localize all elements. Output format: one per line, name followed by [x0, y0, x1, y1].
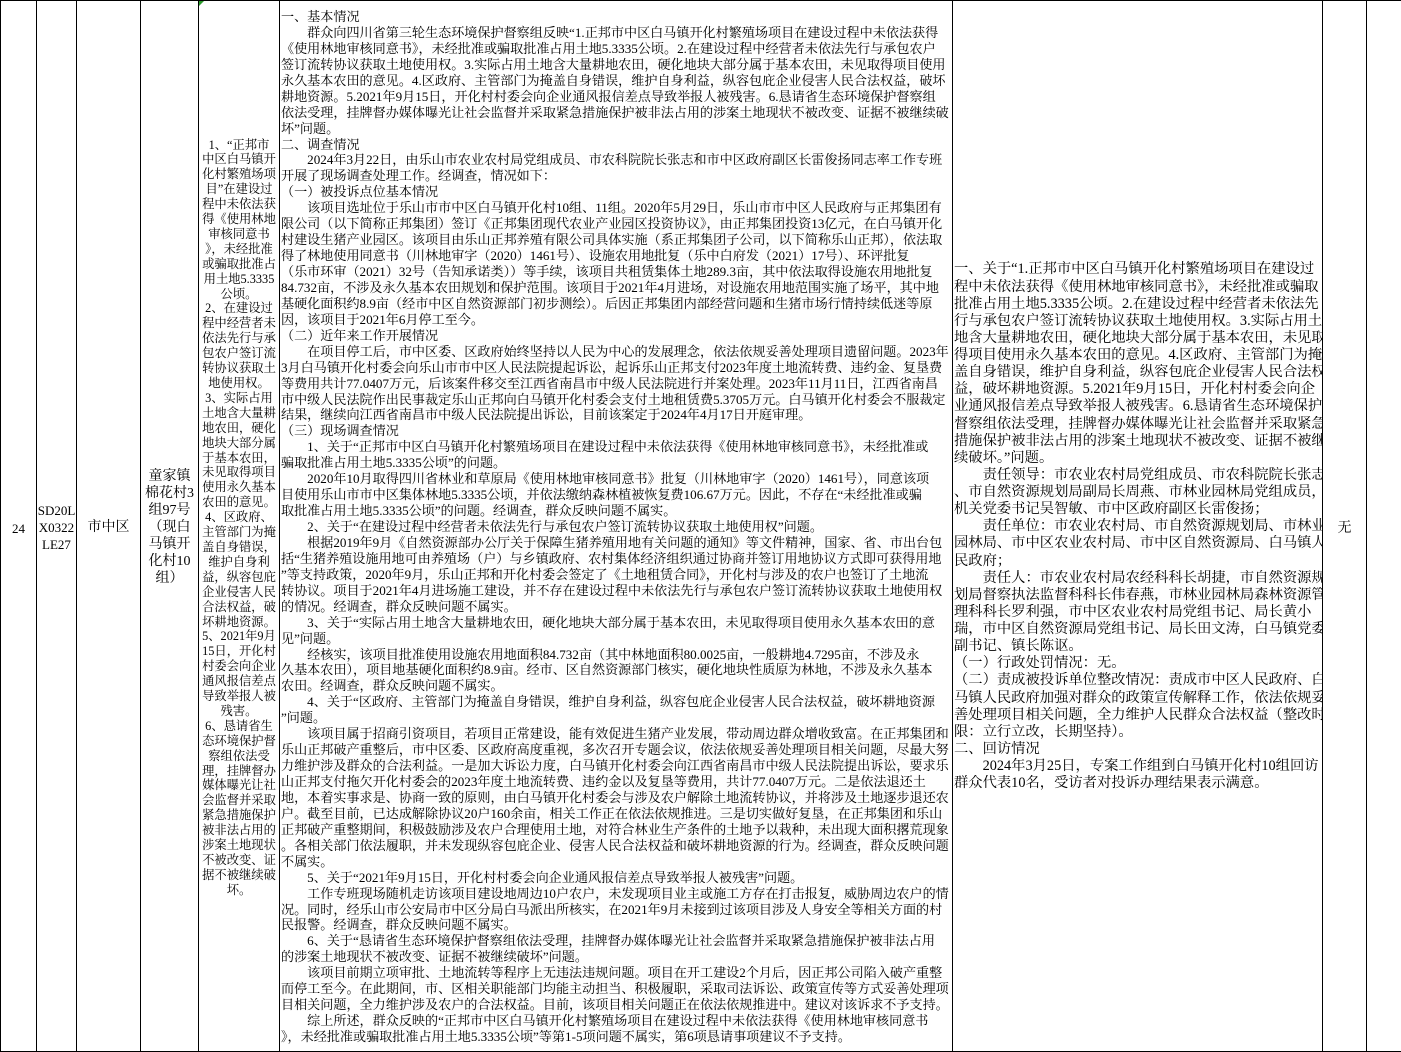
investigation-line: 乐山正邦破产重整后，市中区委、区政府高度重视，多次召开专题会议，依法依规妥善处理…	[281, 742, 952, 758]
complaint-line: 得《使用林地	[199, 212, 279, 227]
complaint-line: 据不被继续破	[199, 868, 279, 883]
investigation-line: （三）现场调查情况	[281, 423, 952, 439]
handling-line: 理科科长罗利强，市中区农业农村局党组书记、局长黄小	[954, 604, 1322, 621]
investigation-line: 况。同时，经乐山市公安局市中区分局白马派出所核实，在2021年9月未接到过该项目…	[281, 902, 952, 918]
investigation-line: 转协议。项目于2021年4月进场施工建设，并不存在建设过程中未依法先行与承包农户…	[281, 583, 952, 599]
complaint-line: 》，未经批准	[199, 242, 279, 257]
complaint-line: 残害。	[199, 704, 279, 719]
investigation-line: 坏”问题。	[281, 121, 952, 137]
investigation-line: 2024年3月22日，由乐山市农业农村局党组成员、市农科院院长张志和市中区政府副…	[281, 152, 952, 168]
complaint-summary: 1、“正邦市中区白马镇开化村繁殖场项目”在建设过程中未依法获得《使用林地审核同意…	[199, 138, 279, 898]
complaint-line: 紧急措施保护	[199, 808, 279, 823]
handling-text: 一、关于“1.正邦市中区白马镇开化村繁殖场项目在建设过程中未依法获得《使用林地审…	[954, 261, 1322, 792]
handling-line: 划局督察执法监督科科长伟春燕，市林业园林局森林资源管	[954, 587, 1322, 604]
complaint-line: 态环境保护督	[199, 734, 279, 749]
investigation-line: 永久基本农田的意见。4.区政府、主管部门为掩盖自身错误，维护自身利益，纵容包庇企…	[281, 73, 952, 89]
investigation-line: 工作专班现场随机走访该项目建设地周边10户农户，未发现项目业主或施工方存在打击报…	[281, 886, 952, 902]
complaint-line: 使用永久基本	[199, 480, 279, 495]
handling-line: 2024年3月25日，专案工作组到白马镇开化村10组回访	[954, 758, 1322, 775]
complaint-line: 化村繁殖场项	[199, 167, 279, 182]
handling-line: 副书记、镇长陈讴。	[954, 638, 1322, 655]
investigation-line: 一、基本情况	[281, 9, 952, 25]
complaint-line: 2、在建设过	[199, 301, 279, 316]
cell-address[interactable]: 童家镇棉花村3组97号（现白马镇开化村10组）	[141, 0, 199, 1052]
investigation-line: 因，该项目于2021年6月停工至今。	[281, 312, 952, 328]
complaint-line: 主管部门为掩	[199, 525, 279, 540]
investigation-line: 在项目停工后，市中区委、区政府始终坚持以人民为中心的发展理念，依法依规妥善处理项…	[281, 344, 952, 360]
cell-handling[interactable]: 一、关于“1.正邦市中区白马镇开化村繁殖场项目在建设过程中未依法获得《使用林地审…	[953, 0, 1323, 1052]
spreadsheet-table: 24 SD20LX0322LE27 市中区 童家镇棉花村3组97号（现白马镇开化…	[0, 0, 1401, 1052]
investigation-line: 1、关于“正邦市中区白马镇开化村繁殖场项目在建设过程中未依法获得《使用林地审核同…	[281, 439, 952, 455]
investigation-line: 括“生猪养殖设施用地可由养殖场（户）与乡镇政府、农村集体经济组织通过协商并签订用…	[281, 551, 952, 567]
investigation-line: 开展了现场调查处理工作。经调查，情况如下：	[281, 168, 952, 184]
cell-complaint-summary[interactable]: 1、“正邦市中区白马镇开化村繁殖场项目”在建设过程中未依法获得《使用林地审核同意…	[199, 0, 280, 1052]
complaint-line: 不被改变、证	[199, 853, 279, 868]
case-id: SD20LX0322LE27	[37, 503, 76, 553]
investigation-line: 地，本着实事求是、协商一致的原则，由白马镇开化村委会与涉及农户解除土地流转协议，…	[281, 790, 952, 806]
complaint-line: 盖自身错误，	[199, 540, 279, 555]
complaint-line: 通风报信差点	[199, 674, 279, 689]
cell-district[interactable]: 市中区	[77, 0, 141, 1052]
address-line: 组97号	[141, 502, 198, 519]
investigation-line: 6、关于“恳请省生态环境保护督察组依法受理，挂牌督办媒体曝光让社会监督并采取紧急…	[281, 933, 952, 949]
complaint-line: 6、恳请省生	[199, 719, 279, 734]
handling-line: 、市自然资源规划局副局长周燕、市林业园林局党组成员，	[954, 484, 1322, 501]
handling-line: 二、回访情况	[954, 741, 1322, 758]
complaint-line: 公顷。	[199, 287, 279, 302]
address-line: （现白	[141, 519, 198, 536]
complaint-line: 合法权益，破	[199, 600, 279, 615]
investigation-line: 农田。经调查，群众反映问题不属实。	[281, 678, 952, 694]
complaint-line: 理，挂牌督办	[199, 764, 279, 779]
handling-line: 瑞，市中区自然资源局党组书记、局长田文涛，白马镇党委	[954, 621, 1322, 638]
investigation-line: 依法受理，挂牌督办媒体曝光让社会监督并采取紧急措施保护被非法占用的涉案土地现状不…	[281, 105, 952, 121]
complaint-line: 会监督并采取	[199, 793, 279, 808]
case-id-line: LE27	[37, 537, 76, 554]
complaint-line: 中区白马镇开	[199, 152, 279, 167]
investigation-line: 目使用乐山市市中区集体林地5.3335公顷，并依法缴纳森林植被恢复费106.67…	[281, 487, 952, 503]
handling-line: （二）责成被投诉单位整改情况：责成市中区人民政府、白	[954, 672, 1322, 689]
investigation-line: 84.732亩，不涉及永久基本农田规划和保护范围。该项目于2021年4月进场，对…	[281, 280, 952, 296]
complaint-line: 维护自身利	[199, 555, 279, 570]
complaint-line: 目”在建设过	[199, 182, 279, 197]
handling-line: 责任人：市农业农村局农经科科长胡捷，市自然资源规	[954, 570, 1322, 587]
handling-line: 园林局、市中区农业农村局、市中区自然资源局、白马镇人	[954, 535, 1322, 552]
investigation-line: 综上所述，群众反映的“正邦市中区白马镇开化村繁殖场项目在建设过程中未依法获得《使…	[281, 1013, 952, 1029]
handling-line: 机关党委书记吴智敏、市中区政府副区长雷俊扬；	[954, 501, 1322, 518]
case-id-line: SD20L	[37, 503, 76, 520]
address: 童家镇棉花村3组97号（现白马镇开化村10组）	[141, 468, 198, 587]
investigation-line: 根据2019年9月《自然资源部办公厅关于保障生猪养殖用地有关问题的通知》等文件精…	[281, 535, 952, 551]
complaint-line: 土地含大量耕	[199, 406, 279, 421]
investigation-line: （一）被投诉点位基本情况	[281, 184, 952, 200]
complaint-line: 程中经营者未	[199, 316, 279, 331]
investigation-line: 村建设生猪产业园区。该项目由乐山正邦养殖有限公司具体实施（系正邦集团子公司，以下…	[281, 232, 952, 248]
handling-line: 业通风报信差点导致举报人被残害。6.恳请省生态环境保护	[954, 398, 1322, 415]
investigation-line: 3月白马镇开化村委会向乐山市市中区人民法院提起诉讼，起诉乐山正邦支付2023年度…	[281, 360, 952, 376]
investigation-line: 久基本农田），项目地基硬化面积约8.9亩。经市、区自然资源部门核实，硬化地块性质…	[281, 662, 952, 678]
investigation-line: 的涉案土地现状不被改变、证据不被继续破坏”问题。	[281, 949, 952, 965]
handling-line: 一、关于“1.正邦市中区白马镇开化村繁殖场项目在建设过	[954, 261, 1322, 278]
complaint-line: 用土地5.3335	[199, 272, 279, 287]
complaint-line: 被非法占用的	[199, 823, 279, 838]
handling-line: 责任单位：市农业农村局、市自然资源规划局、市林业	[954, 518, 1322, 535]
complaint-line: 5、2021年9月	[199, 629, 279, 644]
investigation-line: 2、关于“在建设过程中经营者未依法先行与承包农户签订流转协议获取土地使用权”问题…	[281, 519, 952, 535]
investigation-line: 结果，继续向江西省南昌市中级人民法院提出诉讼，目前该案定于2024年4月17日开…	[281, 407, 952, 423]
investigation-line: 经核实，该项目批准使用设施农用地面积84.732亩（其中林地面积80.0025亩…	[281, 647, 952, 663]
address-line: 组）	[141, 570, 198, 587]
handling-line: 程中未依法获得《使用林地审核同意书》，未经批准或骗取	[954, 279, 1322, 296]
investigation-line: 该项目属于招商引资项目，若项目正常建设，能有效促进生猪产业发展，带动周边群众增收…	[281, 726, 952, 742]
handling-line: 地含大量耕地农田，硬化地块大部分属于基本农田，未见取	[954, 330, 1322, 347]
complaint-line: 或骗取批准占	[199, 257, 279, 272]
handling-line: 民政府；	[954, 553, 1322, 570]
cell-extra[interactable]	[1367, 0, 1401, 1052]
handling-line: 责任领导：市农业农村局党组成员、市农科院院长张志	[954, 467, 1322, 484]
investigation-line: 力维护涉及群众的合法利益。一是加大诉讼力度，白马镇开化村委会向江西省南昌市中级人…	[281, 758, 952, 774]
investigation-line: 而停工至今。在此期间，市、区相关职能部门均能主动担当、积极履职，采取司法诉讼、政…	[281, 981, 952, 997]
investigation-line: 骗取批准占用土地5.3335公顷”的问题。	[281, 455, 952, 471]
investigation-line: 。各相关部门依法履职，并未发现纵容包庇企业、侵害人民合法权益和破坏耕地资源的行为…	[281, 838, 952, 854]
address-line: 棉花村3	[141, 485, 198, 502]
investigation-line: 等费用共计77.0407万元，后该案件移交至江西省南昌市中级人民法院进行并案处理…	[281, 376, 952, 392]
complaint-line: 涉案土地现状	[199, 838, 279, 853]
complaint-line: 农田的意见。	[199, 495, 279, 510]
investigation-line: 耕地资源。5.2021年9月15日，开化村村委会向企业通风报信差点导致举报人被残…	[281, 89, 952, 105]
investigation-line: 基硬化面积约8.9亩（经市中区自然资源部门初步测绘）。后因正邦集团内部经营问题和…	[281, 296, 952, 312]
complaint-line: 地农田，硬化	[199, 421, 279, 436]
investigation-line: 得了林地使用同意书（川林地审字（2020）1461号）、设施农用地批复（乐中白府…	[281, 248, 952, 264]
handling-line: 批准占用土地5.3335公顷。2.在建设过程中经营者未依法先	[954, 296, 1322, 313]
investigation-line: 该项目前期立项审批、土地流转等程序上无违法违规问题。项目在开工建设2个月后，因正…	[281, 965, 952, 981]
complaint-line: 转协议获取土	[199, 361, 279, 376]
complaint-line: 4、区政府、	[199, 510, 279, 525]
district: 市中区	[77, 519, 140, 536]
complaint-line: 媒体曝光让社	[199, 778, 279, 793]
investigation-line: 目相关问题，全力维护涉及农户的合法权益。目前，该项目相关问题正在依法依规推进中。…	[281, 997, 952, 1013]
complaint-line: 程中未依法获	[199, 197, 279, 212]
handling-line: 督察组依法受理，挂牌督办媒体曝光让社会监督并采取紧急	[954, 416, 1322, 433]
cell-row-index[interactable]: 24	[0, 0, 37, 1052]
investigation-line: 该项目选址位于乐山市市中区白马镇开化村10组、11组。2020年5月29日，乐山…	[281, 200, 952, 216]
complaint-line: 审核同意书	[199, 227, 279, 242]
investigation-line: 《使用林地审核同意书》，未经批准或骗取批准占用土地5.3335公顷。2.在建设过…	[281, 41, 952, 57]
handling-line: 续破坏。”问题。	[954, 450, 1322, 467]
cell-remarks[interactable]: 无	[1323, 0, 1367, 1052]
investigation-line: 正邦破产重整期间，积极鼓励涉及农户合理使用土地，对符合林业生产条件的土地予以栽种…	[281, 822, 952, 838]
investigation-line: 户。截至目前，已达成解除协议20户160余亩，相关工作正在依法依规推进。三是切实…	[281, 806, 952, 822]
handling-line: 得项目使用永久基本农田的意见。4.区政府、主管部门为掩	[954, 347, 1322, 364]
remarks: 无	[1323, 520, 1366, 537]
complaint-line: 导致举报人被	[199, 689, 279, 704]
investigation-line: 限公司（以下简称正邦集团）签订《正邦集团现代农业产业园区投资协议》，由正邦集团投…	[281, 216, 952, 232]
cell-case-id[interactable]: SD20LX0322LE27	[37, 0, 77, 1052]
investigation-line: 市中级人民法院作出民事裁定乐山正邦向白马镇开化村委会支付土地租赁费5.3705万…	[281, 392, 952, 408]
handling-line: （一）行政处罚情况：无。	[954, 655, 1322, 672]
investigation-line: 5、关于“2021年9月15日，开化村村委会向企业通风报信差点导致举报人被残害”…	[281, 870, 952, 886]
investigation-line: 不属实。	[281, 854, 952, 870]
handling-line: 盖自身错误，维护自身利益，纵容包庇企业侵害人民合法权	[954, 364, 1322, 381]
handling-line: 善处理项目相关问题，全力维护人民群众合法权益（整改时	[954, 707, 1322, 724]
handling-line: 益，破坏耕地资源。5.2021年9月15日，开化村村委会向企	[954, 381, 1322, 398]
handling-line: 措施保护被非法占用的涉案土地现状不被改变、证据不被继	[954, 433, 1322, 450]
investigation-line: 见”问题。	[281, 631, 952, 647]
address-line: 化村10	[141, 553, 198, 570]
handling-line: 行与承包农户签订流转协议获取土地使用权。3.实际占用土	[954, 313, 1322, 330]
investigation-line: （乐市环审（2021）32号（告知承诺类））等手续，该项目共租赁集体土地289.…	[281, 264, 952, 280]
investigation-line: 4、关于“区政府、主管部门为掩盖自身错误，维护自身利益，纵容包庇企业侵害人民合法…	[281, 694, 952, 710]
investigation-line: 群众向四川省第三轮生态环境保护督察组反映“1.正邦市中区白马镇开化村繁殖场项目在…	[281, 25, 952, 41]
investigation-line: 取批准占用土地5.3335公顷”的问题。经调查，群众反映问题不属实。	[281, 503, 952, 519]
complaint-line: 坏。	[199, 883, 279, 898]
investigation-line: （二）近年来工作开展情况	[281, 328, 952, 344]
investigation-line: 二、调查情况	[281, 137, 952, 153]
handling-line: 限：立行立改，长期坚持）。	[954, 724, 1322, 741]
complaint-line: 坏耕地资源。	[199, 615, 279, 630]
cell-investigation[interactable]: 一、基本情况 群众向四川省第三轮生态环境保护督察组反映“1.正邦市中区白马镇开化…	[280, 0, 953, 1052]
case-id-line: X0322	[37, 520, 76, 537]
investigation-text: 一、基本情况 群众向四川省第三轮生态环境保护督察组反映“1.正邦市中区白马镇开化…	[281, 9, 952, 1045]
complaint-line: 15日，开化村	[199, 644, 279, 659]
investigation-line: 3、关于“实际占用土地含大量耕地农田，硬化地块大部分属于基本农田，未见取得项目使…	[281, 615, 952, 631]
comment-indicator-icon	[199, 1, 204, 6]
investigation-line: 2020年10月取得四川省林业和草原局《使用林地审核同意书》批复（川林地审字（2…	[281, 471, 952, 487]
complaint-line: 村委会向企业	[199, 659, 279, 674]
handling-line: 马镇人民政府加强对群众的政策宣传解释工作，依法依规妥	[954, 690, 1322, 707]
complaint-line: 3、实际占用	[199, 391, 279, 406]
complaint-line: 地块大部分属	[199, 436, 279, 451]
complaint-line: 依法先行与承	[199, 331, 279, 346]
row-index: 24	[1, 520, 36, 537]
complaint-line: 察组依法受	[199, 749, 279, 764]
complaint-line: 益，纵容包庇	[199, 570, 279, 585]
investigation-line: 》，未经批准或骗取批准占用土地5.3335公顷”等第1-5项问题不属实，第6项恳…	[281, 1029, 952, 1045]
investigation-line: 签订流转协议获取土地使用权。3.实际占用土地含大量耕地农田，硬化地块大部分属于基…	[281, 57, 952, 73]
investigation-line: ”问题。	[281, 710, 952, 726]
investigation-line: 的情况。经调查，群众反映问题不属实。	[281, 599, 952, 615]
complaint-line: 1、“正邦市	[199, 138, 279, 153]
address-line: 童家镇	[141, 468, 198, 485]
complaint-line: 包农户签订流	[199, 346, 279, 361]
handling-line: 群众代表10名，受访者对投诉办理结果表示满意。	[954, 775, 1322, 792]
investigation-line: 山正邦支付拖欠开化村委会的2023年度土地流转费、违约金以及复垦等费用，共计77…	[281, 774, 952, 790]
complaint-line: 地使用权。	[199, 376, 279, 391]
complaint-line: 未见取得项目	[199, 465, 279, 480]
investigation-line: ”等支持政策，2020年9月，乐山正邦和开化村委会签定了《土地租赁合同》，开化村…	[281, 567, 952, 583]
complaint-line: 于基本农田，	[199, 451, 279, 466]
complaint-line: 企业侵害人民	[199, 585, 279, 600]
investigation-line: 民报警。经调查，群众反映问题不属实。	[281, 917, 952, 933]
address-line: 马镇开	[141, 536, 198, 553]
